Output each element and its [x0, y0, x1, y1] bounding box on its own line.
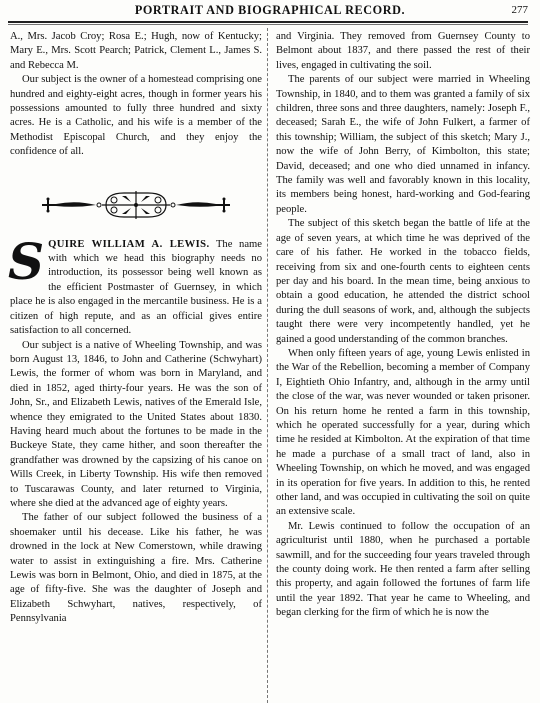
decorative-ornament-icon	[10, 160, 262, 226]
left-column: A., Mrs. Jacob Croy; Rosa E.; Hugh, now …	[10, 30, 262, 627]
header-rule	[8, 21, 528, 23]
column-divider	[267, 28, 268, 703]
drop-cap: S	[8, 242, 44, 284]
paragraph-siblings: The parents of our subject were married …	[276, 73, 530, 217]
right-column: and Virginia. They removed from Guernsey…	[276, 30, 530, 621]
biography-intro: SQUIRE WILLIAM A. LEWIS. The name with w…	[10, 238, 262, 339]
paragraph-war-service: When only fifteen years of age, young Le…	[276, 347, 530, 520]
paragraph-father-shoemaker: The father of our subject followed the b…	[10, 511, 262, 626]
running-title: PORTRAIT AND BIOGRAPHICAL RECORD.	[0, 3, 540, 18]
biography-intro-text: The name with which we head this biograp…	[10, 239, 262, 336]
book-page: PORTRAIT AND BIOGRAPHICAL RECORD. 277 A.…	[0, 0, 540, 703]
running-head: PORTRAIT AND BIOGRAPHICAL RECORD. 277	[0, 3, 540, 19]
page-number: 277	[512, 4, 529, 16]
paragraph-birth-parents: Our subject is a native of Wheeling Town…	[10, 339, 262, 512]
paragraph-homestead: Our subject is the owner of a homestead …	[10, 73, 262, 159]
biography-subject-name: QUIRE WILLIAM A. LEWIS.	[48, 239, 209, 250]
paragraph-grandparents: and Virginia. They removed from Guernsey…	[276, 30, 530, 73]
header-rule-thin	[8, 24, 528, 25]
paragraph-early-life: The subject of this sketch began the bat…	[276, 217, 530, 347]
paragraph-sawmill-career: Mr. Lewis continued to follow the occupa…	[276, 520, 530, 621]
paragraph-family-list: A., Mrs. Jacob Croy; Rosa E.; Hugh, now …	[10, 30, 262, 73]
